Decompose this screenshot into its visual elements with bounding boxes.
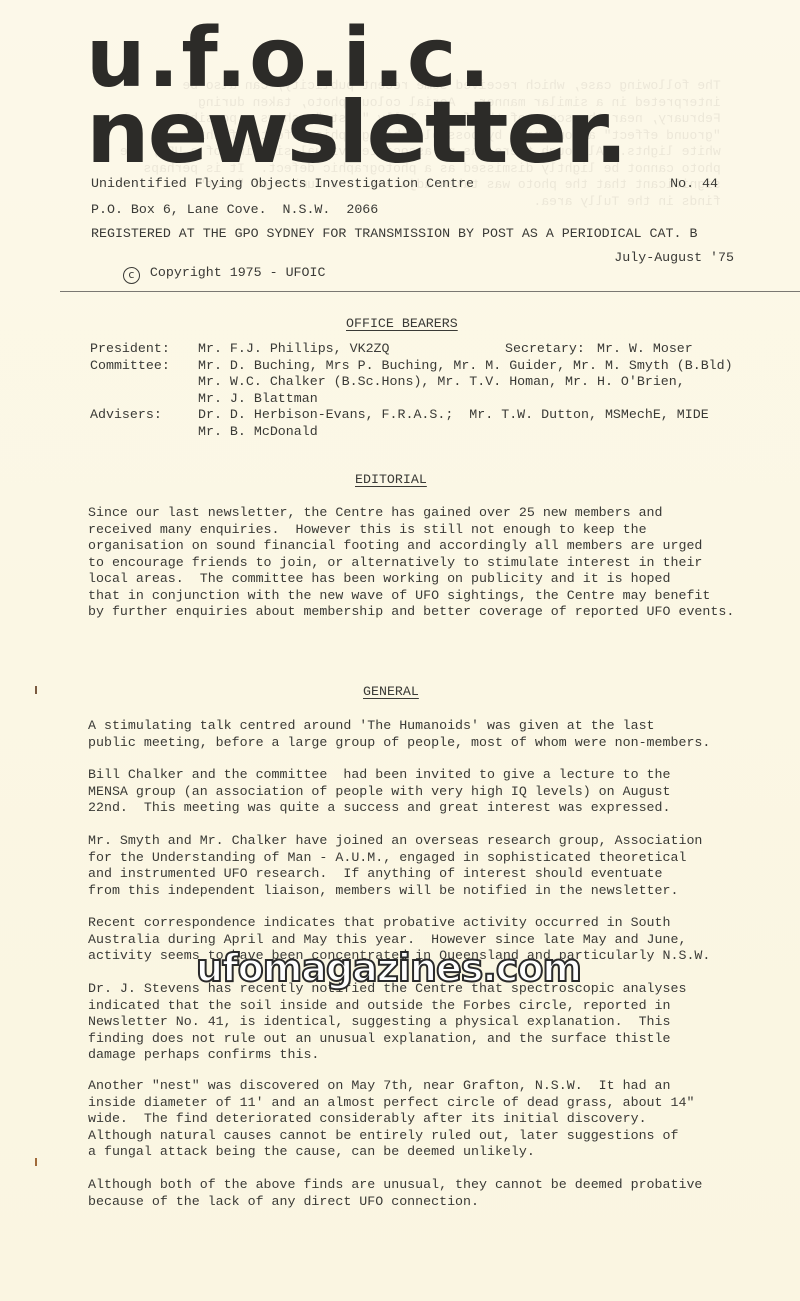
issue-number: No. 44 bbox=[670, 176, 718, 191]
editorial-heading: EDITORIAL bbox=[355, 472, 427, 487]
editorial-paragraph: Since our last newsletter, the Centre ha… bbox=[88, 505, 788, 621]
general-paragraph: Bill Chalker and the committee had been … bbox=[88, 767, 788, 817]
newsletter-page: The following case, which received some … bbox=[0, 0, 800, 1301]
masthead-logo: u.f.o.i.c. newsletter. bbox=[86, 18, 605, 176]
general-paragraph: Another "nest" was discovered on May 7th… bbox=[88, 1078, 788, 1161]
masthead-line-2: newsletter. bbox=[86, 90, 626, 176]
committee-line: Mr. W.C. Chalker (B.Sc.Hons), Mr. T.V. H… bbox=[198, 374, 685, 389]
advisers-line: Mr. B. McDonald bbox=[198, 424, 318, 439]
margin-speck bbox=[35, 1158, 37, 1166]
general-paragraph: Dr. J. Stevens has recently notified the… bbox=[88, 981, 788, 1064]
header-divider bbox=[60, 291, 800, 292]
president-label: President: bbox=[90, 341, 170, 356]
site-watermark: ufomagazines.com bbox=[196, 946, 581, 990]
secretary-label: Secretary: bbox=[505, 341, 585, 356]
advisers-label: Advisers: bbox=[90, 407, 162, 422]
general-paragraph: Although both of the above finds are unu… bbox=[88, 1177, 788, 1210]
organisation-name: Unidentified Flying Objects Investigatio… bbox=[91, 176, 474, 191]
general-heading: GENERAL bbox=[363, 684, 419, 699]
general-paragraph: A stimulating talk centred around 'The H… bbox=[88, 718, 788, 751]
margin-speck bbox=[35, 686, 37, 694]
committee-line: Mr. J. Blattman bbox=[198, 391, 318, 406]
masthead-line-1: u.f.o.i.c. bbox=[86, 18, 616, 88]
office-bearers-heading: OFFICE BEARERS bbox=[346, 316, 458, 331]
postal-address: P.O. Box 6, Lane Cove. N.S.W. 2066 bbox=[91, 202, 378, 217]
secretary-name: Mr. W. Moser bbox=[597, 341, 693, 356]
president-name: Mr. F.J. Phillips, VK2ZQ bbox=[198, 341, 390, 356]
committee-line: Mr. D. Buching, Mrs P. Buching, Mr. M. G… bbox=[198, 358, 733, 373]
general-paragraph: Mr. Smyth and Mr. Chalker have joined an… bbox=[88, 833, 788, 899]
committee-label: Committee: bbox=[90, 358, 170, 373]
copyright-text: Copyright 1975 - UFOIC bbox=[150, 265, 326, 280]
advisers-line: Dr. D. Herbison-Evans, F.R.A.S.; Mr. T.W… bbox=[198, 407, 709, 422]
registration-notice: REGISTERED AT THE GPO SYDNEY FOR TRANSMI… bbox=[91, 226, 697, 241]
copyright-icon: c bbox=[123, 267, 140, 284]
issue-date: July-August '75 bbox=[614, 250, 734, 265]
